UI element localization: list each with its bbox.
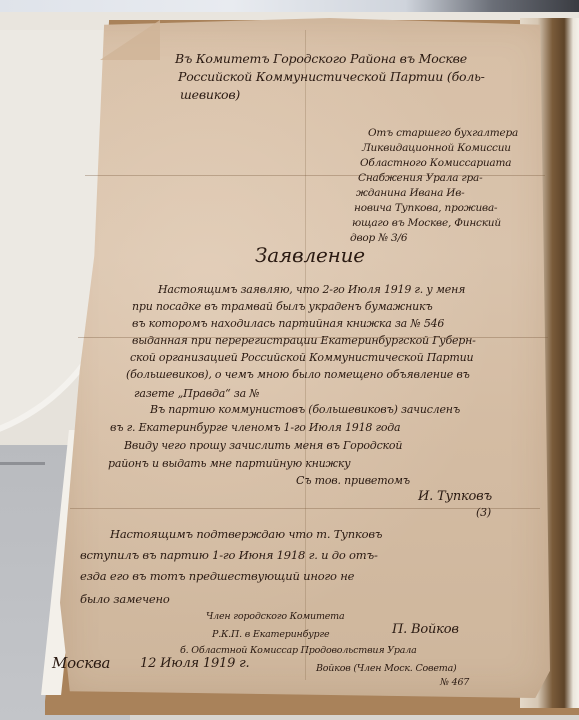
certifier-line: Войков (Член Моск. Совета)	[316, 662, 457, 675]
floor-tile-seam	[0, 462, 45, 465]
body-line: газете „Правда“ за №	[134, 386, 259, 403]
body-line: районъ и выдать мне партийную книжку	[108, 456, 350, 473]
sender-line: Отъ старшего бухгалтера	[368, 126, 518, 141]
sender-line: ющаго въ Москве, Финский	[352, 216, 501, 231]
confirmation-line: езда его въ тотъ предшествующий иного не	[80, 567, 354, 585]
document-title: Заявление	[255, 243, 365, 267]
place: Москва	[52, 654, 110, 672]
body-line: (большевиков), о чемъ мною было помещено…	[126, 367, 470, 384]
sender-line: Снабжения Урала гра-	[358, 171, 482, 186]
addressee-line: Российской Коммунистической Партии (боль…	[178, 68, 485, 85]
body-line: при посадке въ трамвай былъ украденъ бум…	[132, 299, 433, 316]
body-line: Въ партию коммунистовъ (большевиковъ) за…	[150, 402, 460, 419]
body-line: ской организацией Российской Коммунистич…	[130, 350, 473, 367]
margin-mark: (3)	[476, 506, 491, 519]
body-line: въ которомъ находилась партийная книжка …	[132, 316, 444, 333]
closing-salutation: Съ тов. приветомъ	[296, 473, 410, 490]
confirmation-line: было замечено	[80, 590, 170, 608]
certifier-signature: П. Войков	[392, 622, 459, 637]
confirmation-line: Настоящимъ подтверждаю что т. Тупковъ	[110, 525, 382, 543]
date: 12 Июля 1919 г.	[140, 656, 249, 671]
sender-line: жданина Ивана Ив-	[356, 186, 465, 201]
certifier-line: Р.К.П. в Екатеринбурге	[212, 628, 329, 641]
body-line: въ г. Екатеринбурге членомъ 1-го Июля 19…	[110, 420, 400, 437]
sender-line: новича Тупкова, прожива-	[354, 201, 497, 216]
sender-line: Областного Комиссариата	[360, 156, 511, 171]
applicant-signature: И. Тупковъ	[418, 489, 492, 504]
body-line: Ввиду чего прошу зачислить меня въ Город…	[124, 438, 402, 455]
certifier-line: Член городского Комитета	[206, 610, 344, 623]
sender-line: Ликвидационной Комиссии	[362, 141, 511, 156]
addressee-line: шевиков)	[180, 86, 240, 103]
body-line: Настоящимъ заявляю, что 2-го Июля 1919 г…	[158, 282, 465, 299]
confirmation-line: вступилъ въ партию 1-го Июня 1918 г. и д…	[80, 546, 378, 564]
background-top-strip	[0, 0, 579, 12]
reference-number: № 467	[440, 676, 469, 689]
body-line: выданная при перерегистрации Екатеринбур…	[132, 333, 476, 350]
addressee-line: Въ Комитетъ Городского Района въ Москве	[175, 50, 467, 67]
